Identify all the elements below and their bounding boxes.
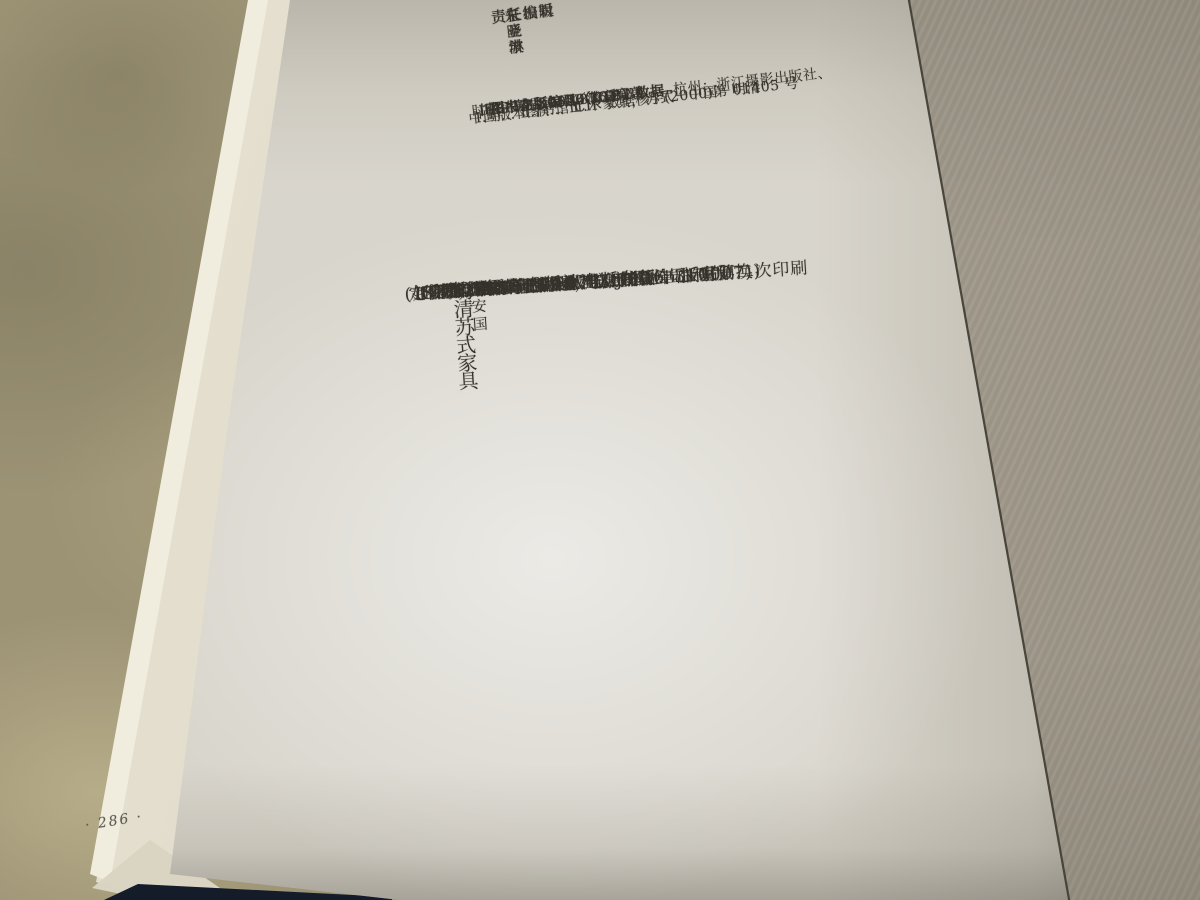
page-edge-line bbox=[0, 0, 1200, 900]
photo-of-book-colophon-page: 责任编辑 左亚琳 责任校对 朱晓波 责任出版 朱圣学 图书在版编目（CIP）数据… bbox=[0, 0, 1200, 900]
